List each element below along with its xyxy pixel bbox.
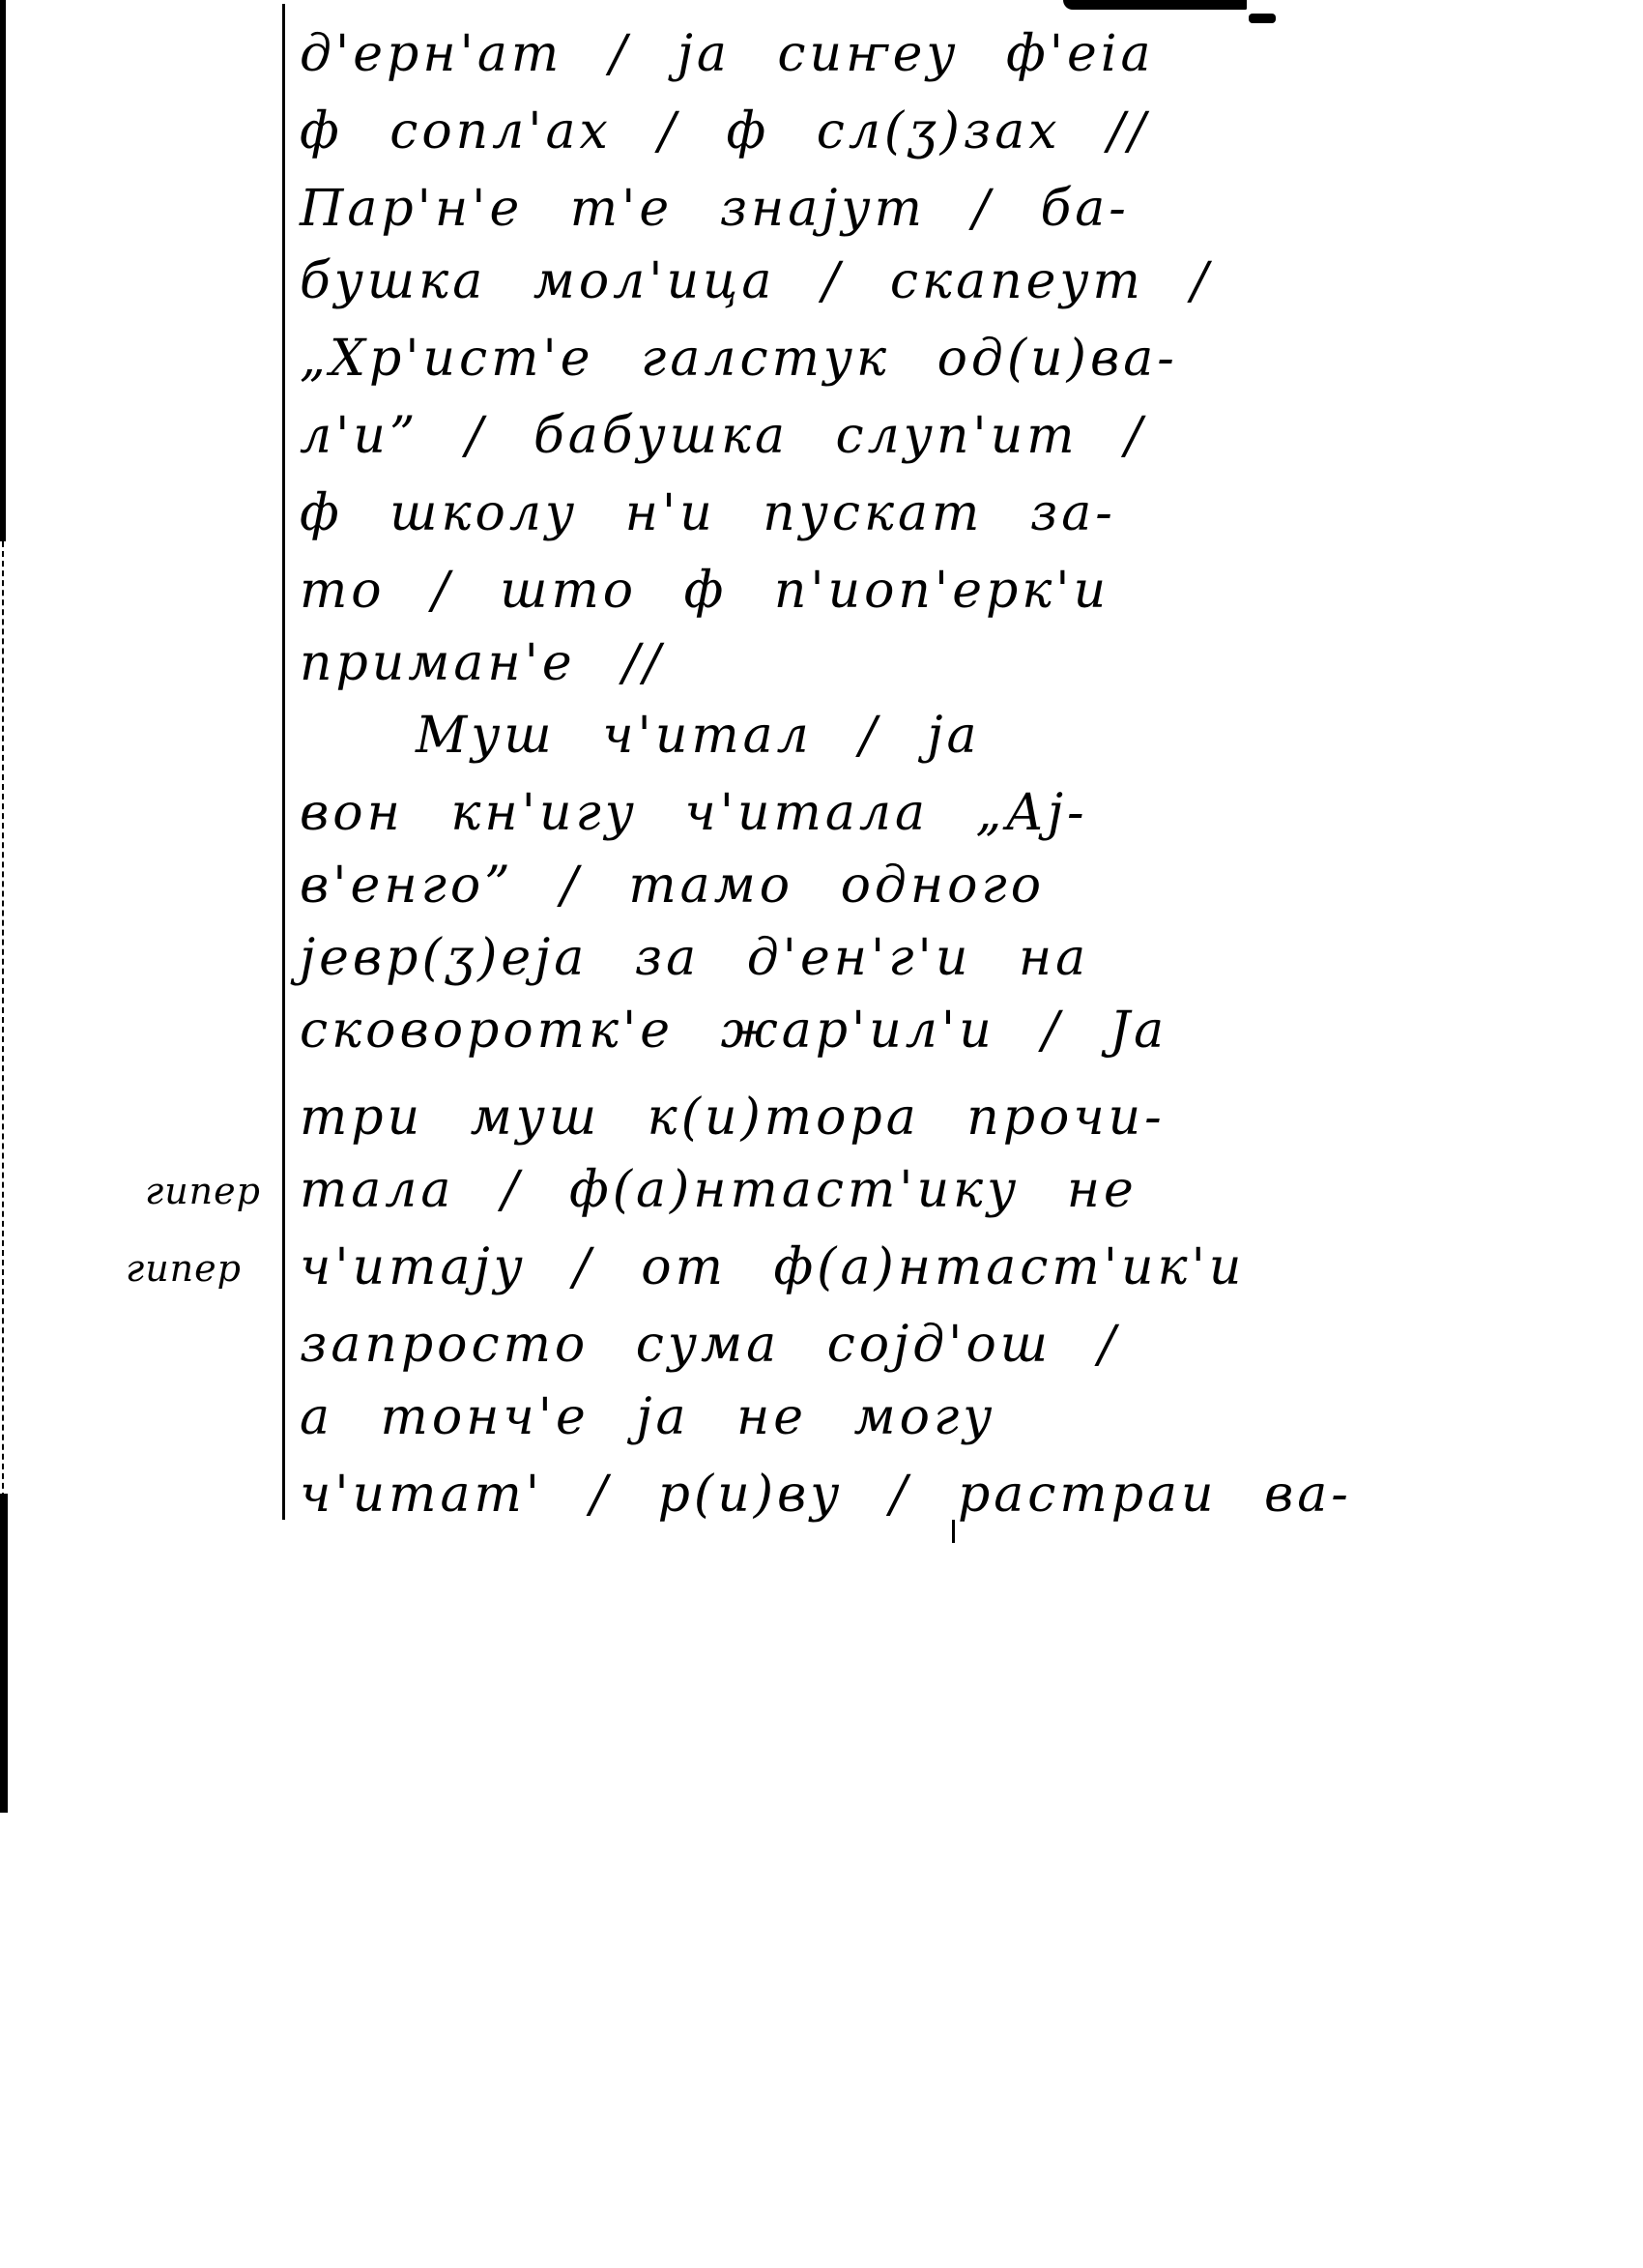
text-line: бушка мол'ица / скапеут / (300, 256, 1212, 306)
text-line: сковоротк'е жар'ил'и / Ја (300, 1005, 1167, 1056)
text-line: запросто сума соjд'ош / (300, 1320, 1119, 1370)
text-line: вон кн'игу ч'итала „Ај- (300, 788, 1088, 838)
text-line: л'и” / бабушка слуп'ит / (300, 411, 1146, 461)
stray-mark (952, 1520, 955, 1543)
scan-edge (0, 1494, 8, 1813)
text-line: Пар'н'е т'е знајут / ба- (300, 184, 1130, 234)
ink-blot (1249, 14, 1276, 23)
text-line: в'енго” / тамо одного (300, 860, 1045, 911)
text-line: а тонч'е ја не могу (300, 1392, 995, 1442)
text-line: ч'итају / от ф(а)нтаст'ик'и (300, 1242, 1245, 1293)
text-line: приман'е // (300, 638, 664, 688)
text-line: ч'итат' / р(и)ву / растраи ва- (300, 1469, 1352, 1520)
text-line: Муш ч'итал / ја (416, 711, 980, 761)
text-line: тала / ф(а)нтаст'ику не (300, 1165, 1138, 1215)
text-line: ф сопл'ах / ф сл(ʒ)зах // (300, 106, 1149, 157)
scan-edge (2, 541, 7, 1508)
ink-blot (1063, 0, 1247, 10)
text-line: ф школу н'и пускат за- (300, 488, 1116, 538)
text-line: јевр(ʒ)еја за д'ен'г'и на (300, 933, 1089, 983)
margin-note: гипер (126, 1247, 242, 1290)
text-line: д'ерн'ат / ја сиҥеу ф'еіа (300, 29, 1154, 79)
margin-rule (282, 4, 285, 1520)
scan-edge (0, 0, 6, 541)
margin-note: гипер (145, 1170, 261, 1212)
text-line: три муш к(и)тора прочи- (300, 1092, 1166, 1143)
text-line: то / што ф п'иоп'ерк'и (300, 566, 1110, 616)
text-line: „Хр'ист'е галстук од(и)ва- (300, 334, 1178, 384)
